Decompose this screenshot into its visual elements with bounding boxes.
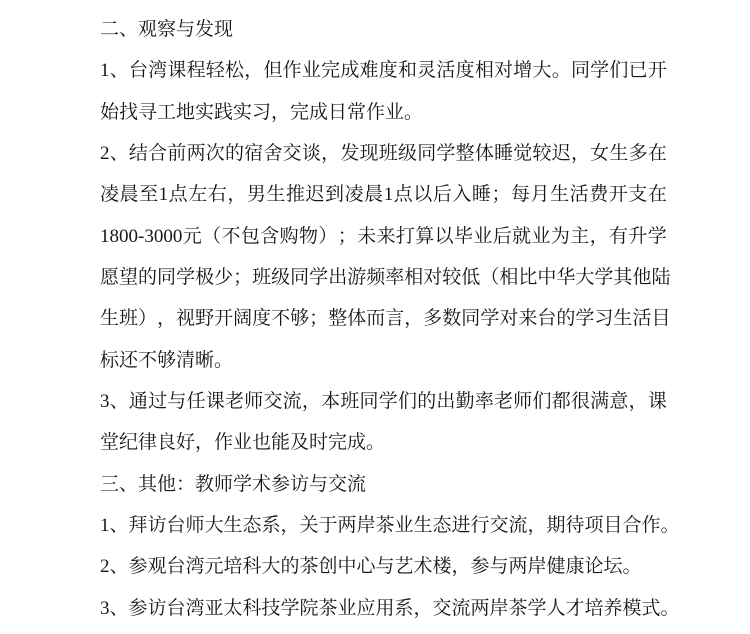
- glyph: 极: [195, 257, 214, 298]
- glyph: 不: [271, 298, 290, 339]
- glyph: 整: [328, 298, 347, 339]
- glyph: 未: [357, 216, 376, 257]
- glyph: 较: [442, 257, 461, 298]
- glyph: 级: [271, 257, 290, 298]
- glyph: 活: [632, 298, 651, 339]
- glyph: 愿: [100, 257, 119, 298]
- glyph: 交: [263, 381, 282, 422]
- glyph: 难: [360, 50, 379, 91]
- glyph: 交: [283, 133, 302, 174]
- glyph: 学: [176, 257, 195, 298]
- glyph: ，: [404, 298, 423, 339]
- glyph: 包: [241, 216, 260, 257]
- glyph: 作: [283, 50, 302, 91]
- glyph: 。: [552, 50, 571, 91]
- glyph: 开: [214, 298, 233, 339]
- glyph: 学: [480, 298, 499, 339]
- glyph: 前: [167, 133, 186, 174]
- glyph: ，: [571, 133, 590, 174]
- document-line: 堂纪律良好，作业也能及时完成。: [100, 422, 667, 463]
- glyph: 出: [328, 257, 347, 298]
- glyph: 打: [396, 216, 415, 257]
- glyph: 都: [552, 381, 571, 422]
- glyph: 习: [594, 298, 613, 339]
- document-line: 1、拜访台师大生态系，关于两岸茶业生态进行交流，期待项目合作。: [100, 505, 667, 546]
- glyph: 学: [648, 216, 667, 257]
- glyph: 频: [366, 257, 385, 298]
- glyph: 为: [551, 216, 570, 257]
- document-line: 三、其他：教师学术参访与交流: [100, 464, 667, 505]
- glyph: 生: [550, 174, 569, 215]
- document-line: 标还不够清晰。: [100, 340, 667, 381]
- glyph: 后: [493, 216, 512, 257]
- glyph: 整: [456, 133, 475, 174]
- glyph: ；: [233, 257, 252, 298]
- glyph: 很: [571, 381, 590, 422]
- glyph: 晨: [120, 174, 139, 215]
- glyph: 多: [629, 133, 648, 174]
- glyph: 野: [195, 298, 214, 339]
- glyph: 舍: [263, 133, 282, 174]
- glyph: 1: [100, 50, 110, 91]
- glyph: 同: [461, 298, 480, 339]
- glyph: ，: [590, 216, 609, 257]
- glyph: 课: [206, 381, 225, 422]
- glyph: 意: [609, 381, 628, 422]
- glyph: 本: [321, 381, 340, 422]
- glyph: 每: [511, 174, 530, 215]
- glyph: 发: [340, 133, 359, 174]
- glyph: 们: [609, 50, 628, 91]
- glyph: 迟: [552, 133, 571, 174]
- glyph: 学: [575, 298, 594, 339]
- glyph: 开: [609, 174, 628, 215]
- glyph: ，: [629, 381, 648, 422]
- glyph: 业: [473, 216, 492, 257]
- glyph: 次: [206, 133, 225, 174]
- glyph: 灵: [417, 50, 436, 91]
- glyph: 学: [590, 50, 609, 91]
- glyph: 后: [433, 174, 452, 215]
- glyph: 业: [302, 50, 321, 91]
- glyph: 阔: [233, 298, 252, 339]
- glyph: 大: [533, 50, 552, 91]
- glyph: 的: [225, 133, 244, 174]
- glyph: 学: [379, 381, 398, 422]
- glyph: 左: [188, 174, 207, 215]
- glyph: 率: [385, 257, 404, 298]
- glyph: 华: [556, 257, 575, 298]
- glyph: 视: [176, 298, 195, 339]
- glyph: 满: [590, 381, 609, 422]
- glyph: 入: [452, 174, 471, 215]
- document-page: 二、观察与发现1、台湾课程轻松，但作业完成难度和灵活度相对增大。同学们已开始找寻…: [0, 0, 750, 634]
- glyph: 课: [167, 50, 186, 91]
- glyph: 睡: [494, 133, 513, 174]
- glyph: 已: [629, 50, 648, 91]
- document-line: 2、参观台湾元培科大的茶创中心与艺术楼，参与两岸健康论坛。: [100, 546, 667, 587]
- glyph: 觉: [513, 133, 532, 174]
- document-line: 凌晨至1点左右，男生推迟到凌晨1点以后入睡；每月生活费开支在: [100, 174, 667, 215]
- glyph: 凌: [100, 174, 119, 215]
- glyph: 升: [628, 216, 647, 257]
- glyph: 言: [385, 298, 404, 339]
- glyph: 现: [360, 133, 379, 174]
- glyph: 2: [100, 133, 110, 174]
- glyph: 女: [590, 133, 609, 174]
- glyph: 大: [575, 257, 594, 298]
- glyph: 师: [244, 381, 263, 422]
- glyph: 完: [321, 50, 340, 91]
- glyph: 凌: [345, 174, 364, 215]
- glyph: 元: [183, 216, 202, 257]
- glyph: 他: [632, 257, 651, 298]
- glyph: 生: [266, 174, 285, 215]
- glyph: 增: [513, 50, 532, 91]
- glyph: 学: [594, 257, 613, 298]
- glyph: 两: [187, 133, 206, 174]
- glyph: （: [202, 216, 221, 257]
- glyph: 在: [648, 133, 667, 174]
- glyph: ，: [244, 50, 263, 91]
- glyph: 算: [415, 216, 434, 257]
- glyph: 老: [494, 381, 513, 422]
- glyph: 物: [299, 216, 318, 257]
- glyph: 出: [436, 381, 455, 422]
- document-line: 愿望的同学极少；班级同学出游频率相对较低（相比中华大学其他陆: [100, 257, 667, 298]
- glyph: 含: [260, 216, 279, 257]
- glyph: 的: [417, 381, 436, 422]
- document-body: 二、观察与发现1、台湾课程轻松，但作业完成难度和灵活度相对增大。同学们已开始找寻…: [100, 9, 667, 629]
- glyph: 率: [475, 381, 494, 422]
- glyph: 业: [531, 216, 550, 257]
- glyph: 宿: [244, 133, 263, 174]
- glyph: 班: [119, 298, 138, 339]
- glyph: （: [480, 257, 499, 298]
- glyph: 、: [110, 50, 129, 91]
- glyph: 学: [309, 257, 328, 298]
- glyph: 毕: [454, 216, 473, 257]
- glyph: 们: [398, 381, 417, 422]
- glyph: 有: [609, 216, 628, 257]
- document-line: 二、观察与发现: [100, 9, 667, 50]
- glyph: 成: [340, 50, 359, 91]
- glyph: 较: [533, 133, 552, 174]
- glyph: ；: [338, 216, 357, 257]
- glyph: 少: [214, 257, 233, 298]
- glyph: 同: [360, 381, 379, 422]
- glyph: 对: [494, 50, 513, 91]
- glyph: 、: [110, 381, 129, 422]
- glyph: 台: [129, 50, 148, 91]
- glyph: 流: [283, 381, 302, 422]
- glyph: 但: [263, 50, 282, 91]
- glyph: 生: [613, 298, 632, 339]
- glyph: 支: [628, 174, 647, 215]
- glyph: ）: [138, 298, 157, 339]
- document-line: 3、参访台湾亚太科技学院茶业应用系，交流两岸茶学人才培养模式。: [100, 588, 667, 629]
- glyph: 程: [187, 50, 206, 91]
- glyph: 体: [347, 298, 366, 339]
- glyph: 购: [280, 216, 299, 257]
- glyph: 目: [651, 298, 670, 339]
- glyph: 班: [340, 381, 359, 422]
- glyph: 月: [531, 174, 550, 215]
- glyph: ，: [321, 133, 340, 174]
- glyph: ）: [318, 216, 337, 257]
- document-line: 生班），视野开阔度不够；整体而言，多数同学对来台的学习生活目: [100, 298, 667, 339]
- glyph: 1800-3000: [100, 216, 182, 257]
- glyph: 晨: [364, 174, 383, 215]
- glyph: 谈: [302, 133, 321, 174]
- glyph: 的: [138, 257, 157, 298]
- document-line: 始找寻工地实践实习，完成日常作业。: [100, 92, 667, 133]
- glyph: 活: [436, 50, 455, 91]
- glyph: 学: [436, 133, 455, 174]
- glyph: 活: [570, 174, 589, 215]
- glyph: 3: [100, 381, 110, 422]
- glyph: 相: [404, 257, 423, 298]
- glyph: ；: [309, 298, 328, 339]
- glyph: 数: [442, 298, 461, 339]
- glyph: 、: [110, 133, 129, 174]
- glyph: 度: [456, 50, 475, 91]
- glyph: 对: [423, 257, 442, 298]
- glyph: 师: [513, 381, 532, 422]
- glyph: 们: [533, 381, 552, 422]
- glyph: 和: [398, 50, 417, 91]
- glyph: 在: [648, 174, 667, 215]
- glyph: 以: [435, 216, 454, 257]
- glyph: 就: [512, 216, 531, 257]
- glyph: 班: [252, 257, 271, 298]
- glyph: 右: [208, 174, 227, 215]
- glyph: 松: [225, 50, 244, 91]
- glyph: 开: [648, 50, 667, 91]
- glyph: 对: [499, 298, 518, 339]
- glyph: 1: [159, 174, 169, 215]
- glyph: 其: [613, 257, 632, 298]
- glyph: 生: [100, 298, 119, 339]
- glyph: 通: [129, 381, 148, 422]
- glyph: 度: [379, 50, 398, 91]
- glyph: 游: [347, 257, 366, 298]
- glyph: 低: [461, 257, 480, 298]
- glyph: 不: [221, 216, 240, 257]
- glyph: 同: [290, 257, 309, 298]
- glyph: 生: [609, 133, 628, 174]
- glyph: 而: [366, 298, 385, 339]
- glyph: 1: [384, 174, 394, 215]
- glyph: 以: [413, 174, 432, 215]
- glyph: 过: [148, 381, 167, 422]
- glyph: 到: [325, 174, 344, 215]
- glyph: 比: [518, 257, 537, 298]
- glyph: 老: [225, 381, 244, 422]
- glyph: 够: [290, 298, 309, 339]
- glyph: 费: [589, 174, 608, 215]
- glyph: 主: [570, 216, 589, 257]
- glyph: ，: [157, 298, 176, 339]
- glyph: 度: [252, 298, 271, 339]
- glyph: ；: [491, 174, 510, 215]
- glyph: 任: [187, 381, 206, 422]
- glyph: 结: [129, 133, 148, 174]
- document-line: 1800-3000元（不包含购物）；未来打算以毕业后就业为主，有升学: [100, 216, 667, 257]
- glyph: 多: [423, 298, 442, 339]
- glyph: 来: [376, 216, 395, 257]
- glyph: 班: [379, 133, 398, 174]
- glyph: 体: [475, 133, 494, 174]
- glyph: 中: [537, 257, 556, 298]
- glyph: 与: [167, 381, 186, 422]
- glyph: 相: [475, 50, 494, 91]
- glyph: 台: [537, 298, 556, 339]
- document-line: 2、结合前两次的宿舍交谈，发现班级同学整体睡觉较迟，女生多在: [100, 133, 667, 174]
- glyph: 点: [169, 174, 188, 215]
- glyph: ，: [302, 381, 321, 422]
- glyph: 级: [398, 133, 417, 174]
- glyph: 推: [286, 174, 305, 215]
- glyph: 同: [157, 257, 176, 298]
- glyph: 迟: [306, 174, 325, 215]
- glyph: ，: [227, 174, 246, 215]
- document-line: 1、台湾课程轻松，但作业完成难度和灵活度相对增大。同学们已开: [100, 50, 667, 91]
- glyph: 陆: [651, 257, 670, 298]
- glyph: 相: [499, 257, 518, 298]
- glyph: 望: [119, 257, 138, 298]
- glyph: 的: [556, 298, 575, 339]
- glyph: 睡: [472, 174, 491, 215]
- glyph: 湾: [148, 50, 167, 91]
- glyph: 同: [571, 50, 590, 91]
- glyph: 来: [518, 298, 537, 339]
- glyph: 勤: [456, 381, 475, 422]
- glyph: 课: [648, 381, 667, 422]
- glyph: 点: [394, 174, 413, 215]
- glyph: 轻: [206, 50, 225, 91]
- glyph: 男: [247, 174, 266, 215]
- glyph: 至: [139, 174, 158, 215]
- glyph: 合: [148, 133, 167, 174]
- glyph: 同: [417, 133, 436, 174]
- document-line: 3、通过与任课老师交流，本班同学们的出勤率老师们都很满意，课: [100, 381, 667, 422]
